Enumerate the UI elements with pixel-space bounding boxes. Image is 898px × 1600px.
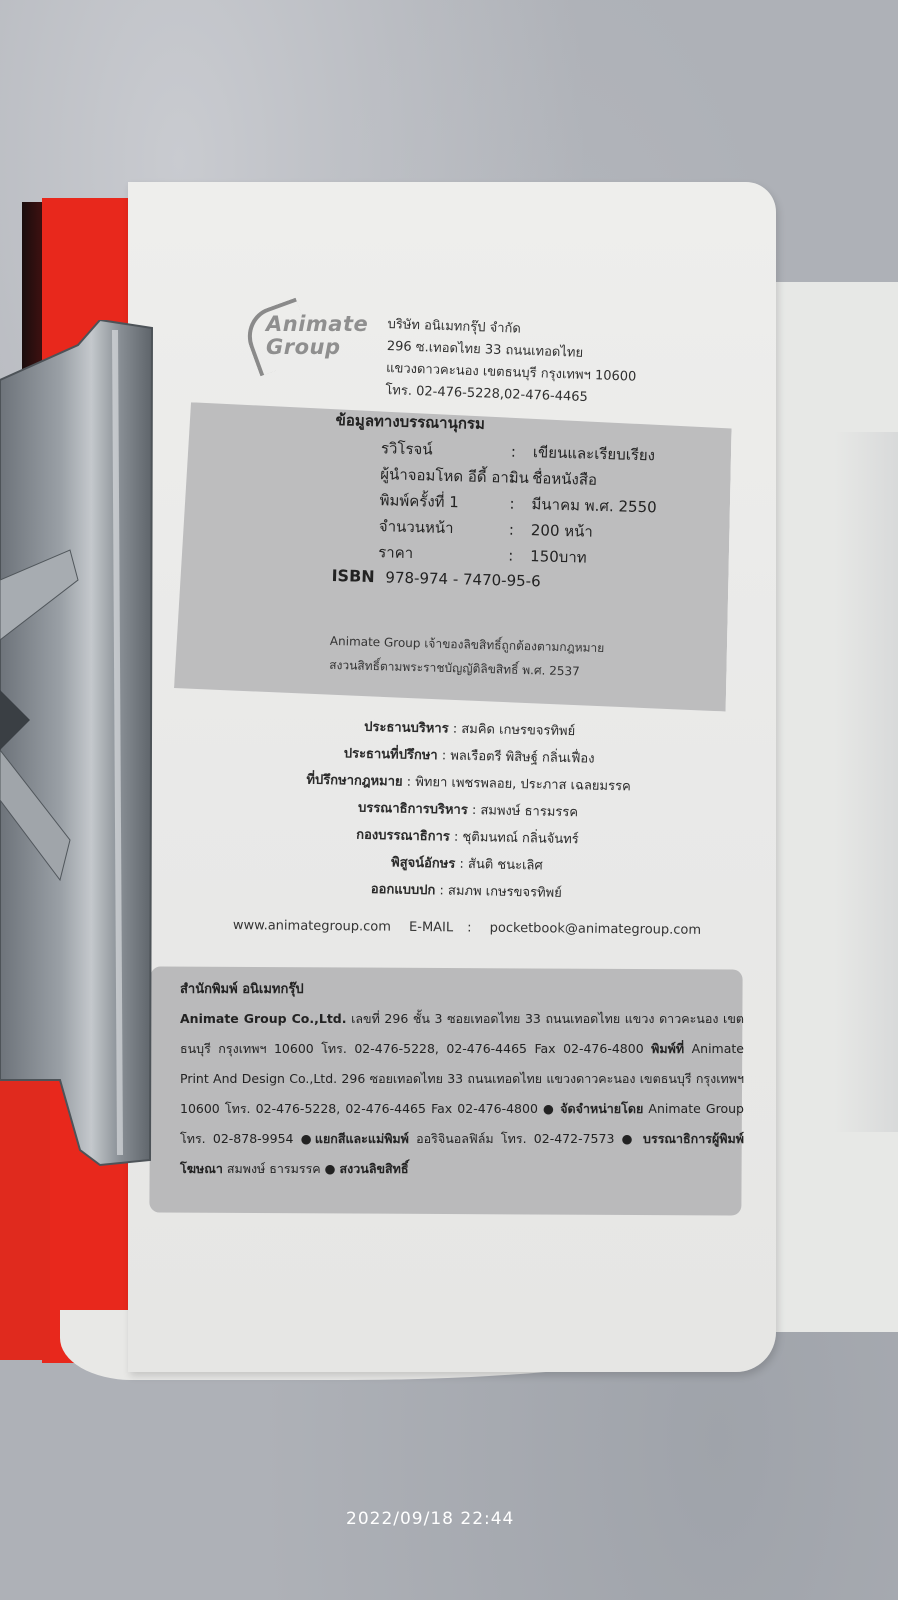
separator: : bbox=[468, 803, 481, 818]
cataloging-content: ข้อมูลทางบรรณานุกรม รวิโรจน์ : เขียนและเ… bbox=[329, 408, 696, 686]
separator: : bbox=[449, 722, 462, 737]
company-name-en: Animate Group Co.,Ltd. bbox=[180, 1011, 347, 1026]
photo-scene: Animate Group บริษัท อนิเมทกรุ๊ป จำกัด 2… bbox=[0, 0, 898, 1600]
staff-credits: ประธานบริหาร : สมคิด เกษรขจรทิพย์ ประธาน… bbox=[236, 711, 700, 910]
staff-name: ชุติมนทณ์ กลิ่นจันทร์ bbox=[462, 830, 579, 847]
binder-clip-icon bbox=[0, 320, 160, 1170]
logo-text-line1: Animate bbox=[266, 312, 368, 336]
cataloging-key: พิมพ์ครั้งที่ 1 bbox=[379, 487, 510, 516]
publisher-title: สำนักพิมพ์ อนิเมทกรุ๊ป bbox=[180, 976, 744, 1004]
cataloging-value: 150บาท bbox=[530, 543, 587, 570]
advertising-editor-name: สมพงษ์ ธารมรรค ● bbox=[223, 1161, 340, 1176]
animate-group-logo: Animate Group bbox=[248, 302, 378, 372]
cataloging-key: รวิโรจน์ bbox=[381, 435, 512, 464]
staff-role: กองบรรณาธิการ bbox=[356, 828, 450, 845]
separator: : bbox=[402, 775, 415, 790]
isbn-value: 978-974 - 7470-95-6 bbox=[385, 568, 541, 590]
publisher-body: Animate Group Co.,Ltd. เลขที่ 296 ชั้น 3… bbox=[180, 1004, 744, 1184]
email-address: pocketbook@animategroup.com bbox=[490, 921, 702, 938]
staff-role: ประธานที่ปรึกษา bbox=[344, 746, 438, 763]
separator: : bbox=[467, 920, 472, 935]
distributor-label: จัดจำหน่ายโดย bbox=[560, 1101, 643, 1116]
publisher-address-block: บริษัท อนิเมทกรุ๊ป จำกัด 296 ซ.เทอดไทย 3… bbox=[385, 314, 678, 412]
all-rights-reserved: สงวนลิขสิทธิ์ bbox=[340, 1161, 409, 1176]
staff-name: สมภพ เกษรขจรทิพย์ bbox=[448, 884, 562, 901]
staff-name: สันติ ชนะเลิศ bbox=[468, 857, 543, 874]
cataloging-key: ราคา bbox=[378, 539, 509, 568]
separator: : bbox=[509, 491, 532, 518]
cataloging-key: จำนวนหน้า bbox=[379, 513, 510, 542]
staff-name: สมพงษ์ ธารมรรค bbox=[480, 803, 578, 820]
separator: : bbox=[435, 883, 448, 898]
staff-role: ที่ปรึกษากฎหมาย bbox=[306, 773, 402, 790]
email-label: E-MAIL bbox=[409, 920, 453, 935]
separator: : bbox=[438, 748, 451, 763]
photo-timestamp: 2022/09/18 22:44 bbox=[346, 1509, 514, 1529]
cataloging-value: เขียนและเรียบเรียง bbox=[533, 439, 656, 468]
staff-role: พิสูจน์อักษร bbox=[391, 855, 456, 871]
separator: : bbox=[511, 439, 534, 466]
color-separation-info: ออริจินอลฟิล์ม โทร. 02-472-7573 ● bbox=[409, 1131, 643, 1146]
separator: : bbox=[455, 857, 468, 872]
website-link: www.animategroup.com bbox=[233, 918, 391, 935]
separator: : bbox=[509, 517, 532, 544]
printer-label: พิมพ์ที่ bbox=[651, 1041, 684, 1056]
isbn-label: ISBN bbox=[331, 566, 375, 586]
cataloging-value: มีนาคม พ.ศ. 2550 bbox=[531, 491, 657, 520]
staff-role: ออกแบบปก bbox=[371, 882, 436, 898]
cataloging-value: ชื่อหนังสือ bbox=[532, 465, 597, 493]
staff-name: พลเรือตรี พิสิษฐ์ กลิ่นเฟื่อง bbox=[450, 749, 595, 767]
separator: : bbox=[508, 543, 531, 570]
separator: : bbox=[510, 465, 533, 492]
staff-role: ประธานบริหาร bbox=[364, 720, 449, 737]
staff-name: สมคิด เกษรขจรทิพย์ bbox=[461, 722, 575, 739]
color-separation-label: แยกสีและแม่พิมพ์ bbox=[315, 1131, 409, 1146]
publisher-info-content: สำนักพิมพ์ อนิเมทกรุ๊ป Animate Group Co.… bbox=[180, 976, 744, 1184]
adjacent-page bbox=[760, 282, 898, 1332]
separator: : bbox=[450, 830, 463, 845]
cataloging-value: 200 หน้า bbox=[531, 517, 594, 545]
staff-name: พิทยา เพชรพลอย, ประภาส เฉลยมรรค bbox=[415, 775, 631, 795]
staff-role: บรรณาธิการบริหาร bbox=[358, 801, 468, 818]
logo-text-line2: Group bbox=[266, 335, 341, 359]
rights-notice: Animate Group เจ้าของลิขสิทธิ์ถูกต้องตาม… bbox=[329, 629, 690, 686]
